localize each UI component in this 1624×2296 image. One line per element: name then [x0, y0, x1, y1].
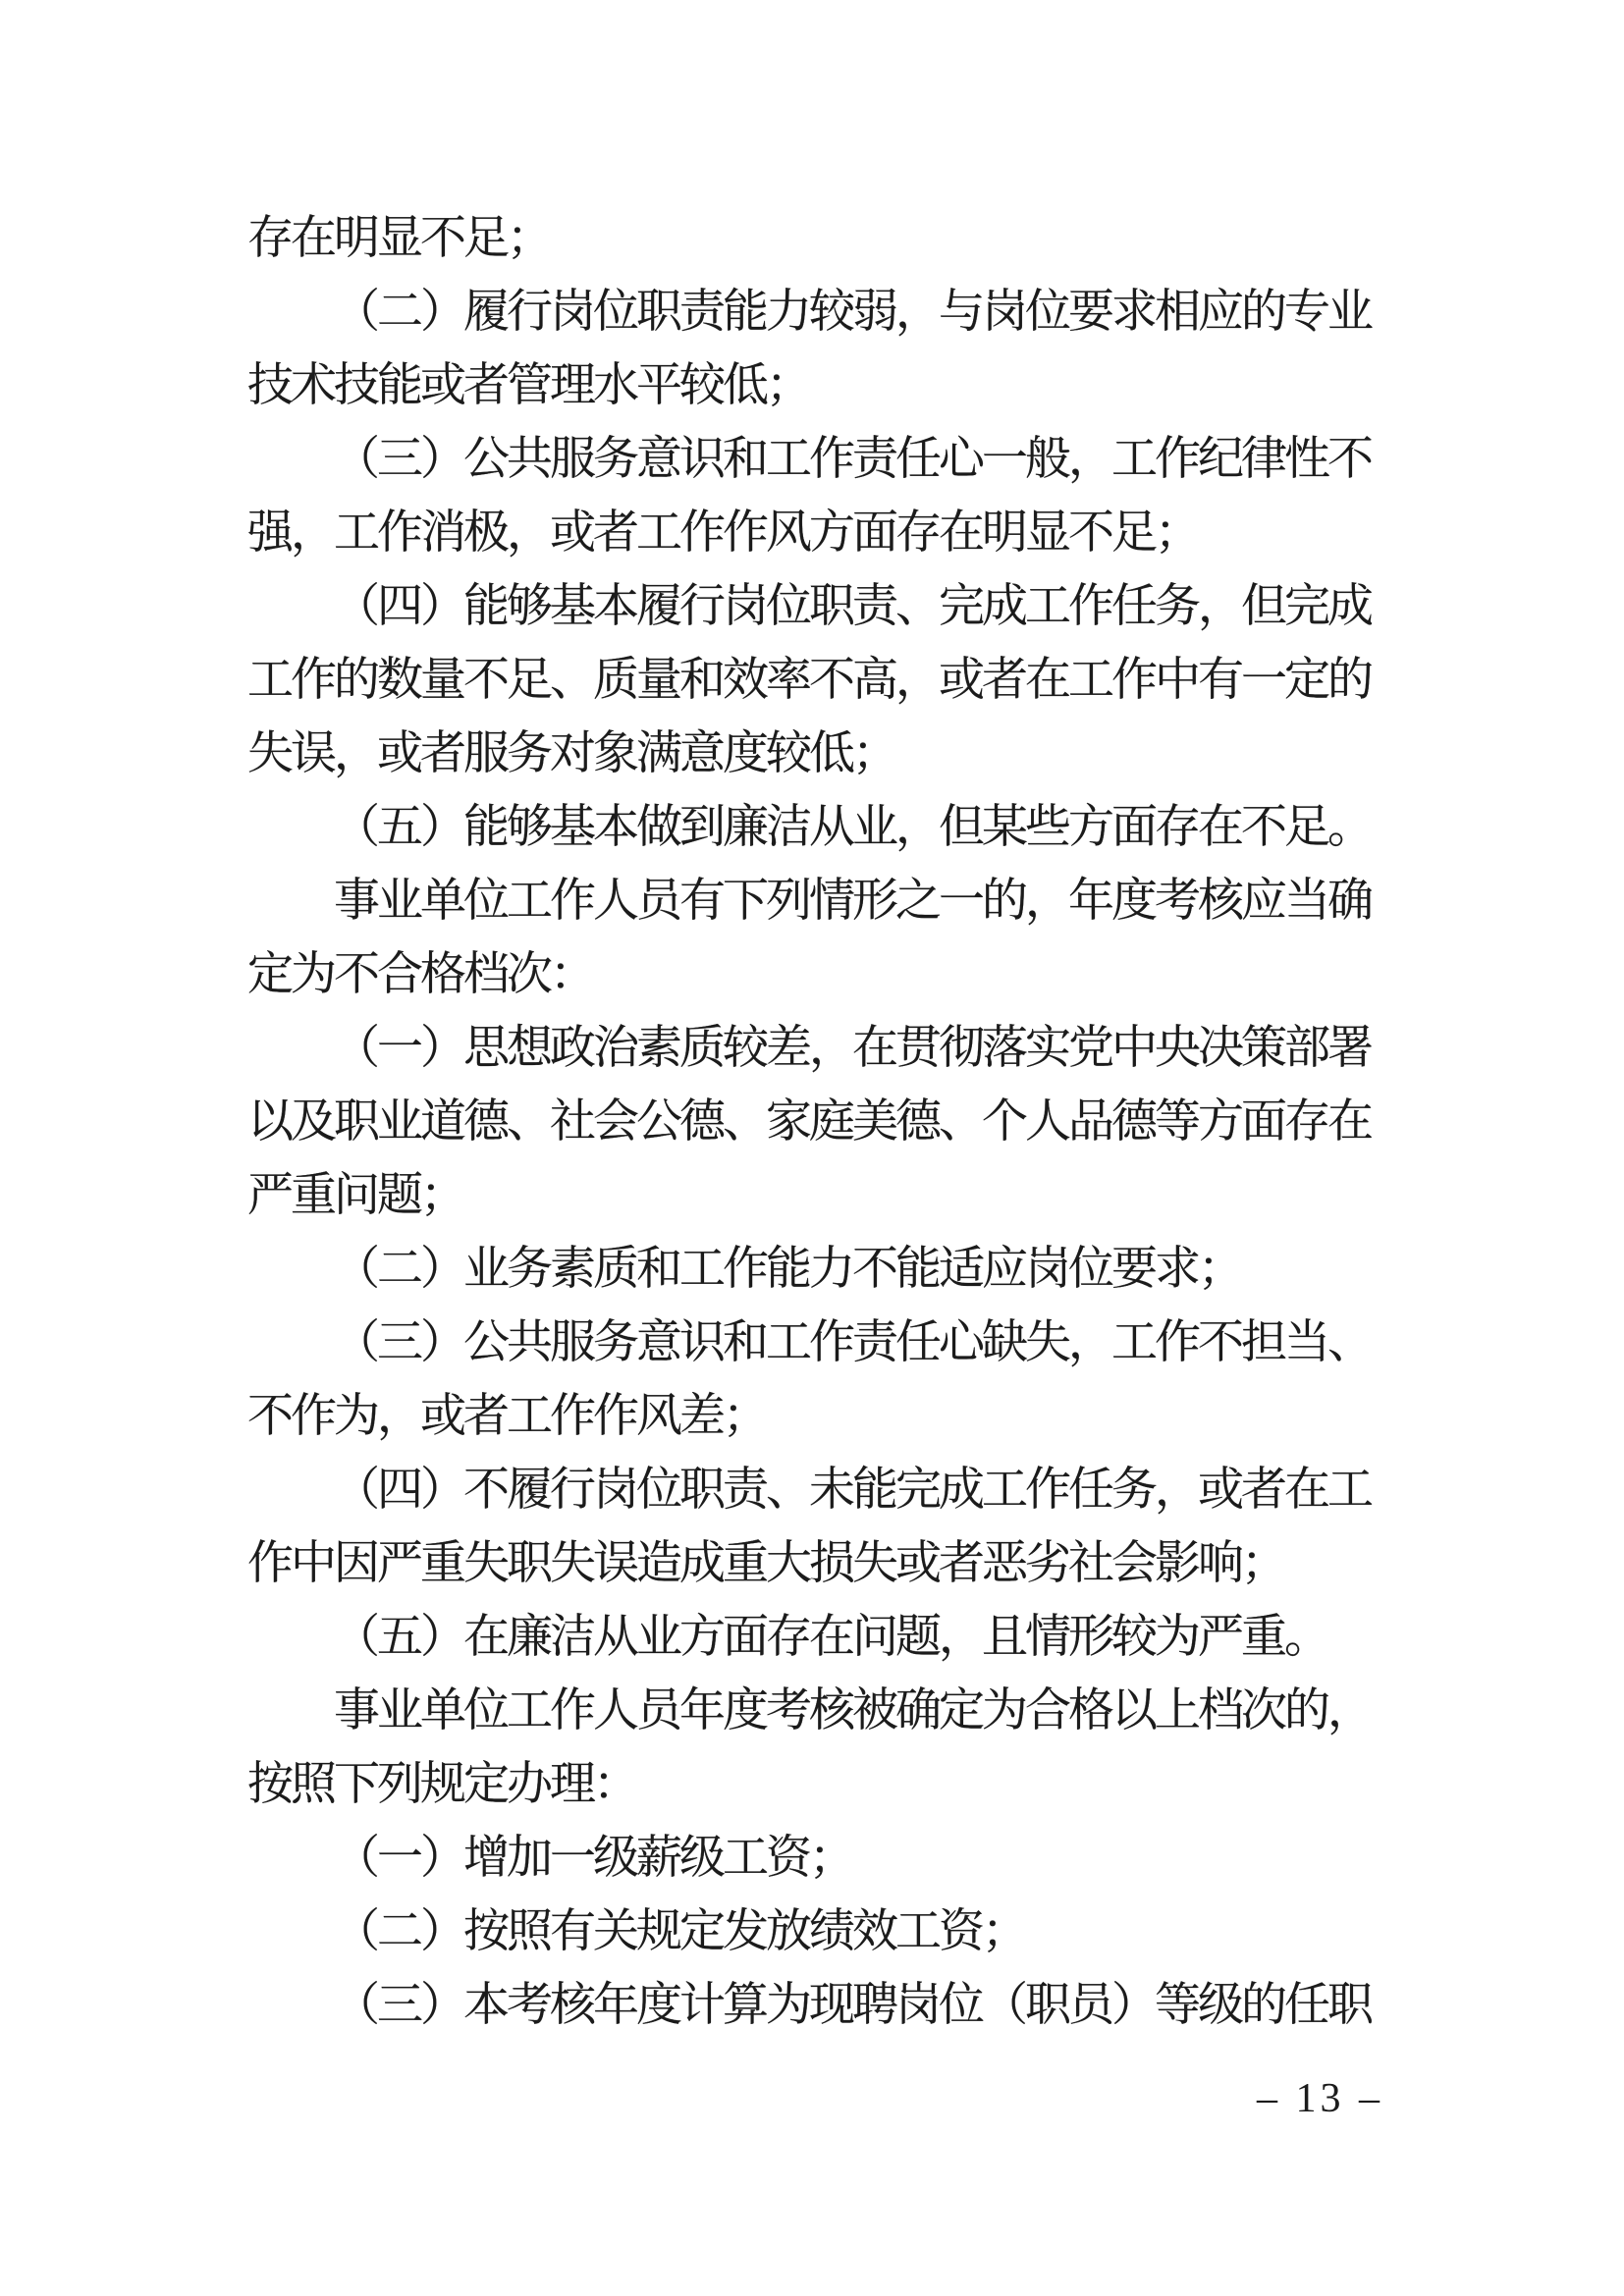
text-line: （二）业务素质和工作能力不能适应岗位要求；: [247, 1233, 1386, 1307]
document-body: 存在明显不足；（二）履行岗位职责能力较弱，与岗位要求相应的专业技术技能或者管理水…: [247, 202, 1386, 2043]
text-line: （一）思想政治素质较差，在贯彻落实党中央决策部署: [247, 1012, 1386, 1086]
text-line: 不作为，或者工作作风差；: [247, 1380, 1386, 1454]
text-line: 作中因严重失职失误造成重大损失或者恶劣社会影响；: [247, 1527, 1386, 1601]
text-line: 工作的数量不足、质量和效率不高，或者在工作中有一定的: [247, 644, 1386, 718]
text-line: （五）在廉洁从业方面存在问题，且情形较为严重。: [247, 1601, 1386, 1675]
text-line: 严重问题；: [247, 1159, 1386, 1233]
text-line: （四）不履行岗位职责、未能完成工作任务，或者在工: [247, 1454, 1386, 1527]
text-line: 定为不合格档次：: [247, 938, 1386, 1012]
text-line: 以及职业道德、社会公德、家庭美德、个人品德等方面存在: [247, 1086, 1386, 1159]
document-page: 存在明显不足；（二）履行岗位职责能力较弱，与岗位要求相应的专业技术技能或者管理水…: [0, 0, 1624, 2296]
text-line: 强，工作消极，或者工作作风方面存在明显不足；: [247, 497, 1386, 570]
text-line: （五）能够基本做到廉洁从业，但某些方面存在不足。: [247, 791, 1386, 865]
text-line: 事业单位工作人员有下列情形之一的，年度考核应当确: [247, 865, 1386, 938]
text-line: （三）本考核年度计算为现聘岗位（职员）等级的任职: [247, 1969, 1386, 2043]
page-number: – 13 –: [1257, 2077, 1383, 2120]
text-line: 按照下列规定办理：: [247, 1748, 1386, 1822]
text-line: （四）能够基本履行岗位职责、完成工作任务，但完成: [247, 570, 1386, 644]
text-line: 失误，或者服务对象满意度较低；: [247, 718, 1386, 791]
text-line: 技术技能或者管理水平较低；: [247, 349, 1386, 423]
text-line: 存在明显不足；: [247, 202, 1386, 276]
text-line: （三）公共服务意识和工作责任心一般，工作纪律性不: [247, 423, 1386, 497]
text-line: （二）履行岗位职责能力较弱，与岗位要求相应的专业: [247, 276, 1386, 349]
text-line: （二）按照有关规定发放绩效工资；: [247, 1896, 1386, 1969]
text-line: （三）公共服务意识和工作责任心缺失，工作不担当、: [247, 1307, 1386, 1380]
text-line: （一）增加一级薪级工资；: [247, 1822, 1386, 1896]
text-line: 事业单位工作人员年度考核被确定为合格以上档次的，: [247, 1675, 1386, 1748]
